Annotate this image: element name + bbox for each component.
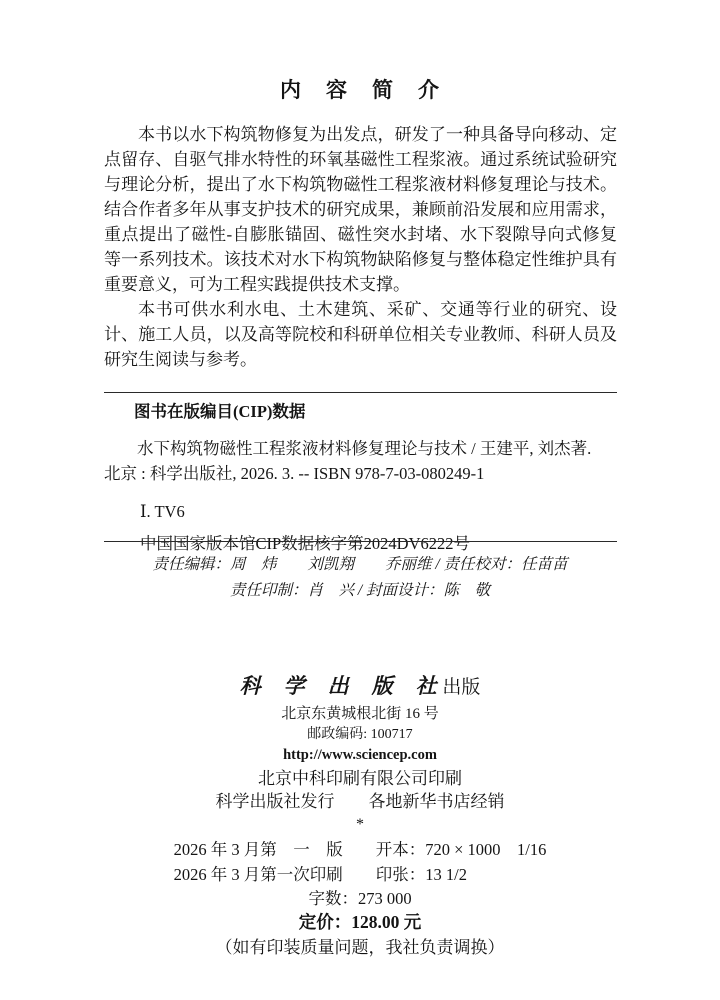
colophon: 科 学 出 版 社 出版 北京东黄城根北街 16 号 邮政编码: 100717 … bbox=[0, 670, 720, 961]
printer-line: 北京中科印刷有限公司印刷 bbox=[0, 767, 720, 790]
distribution-line: 科学出版社发行 各地新华书店经销 bbox=[0, 790, 720, 813]
price-line: 定价：128.00 元 bbox=[0, 910, 720, 935]
section-divider-star: * bbox=[0, 814, 720, 835]
book-copyright-page: 内 容 简 介 本书以水下构筑物修复为出发点，研发了一种具备导向移动、定点留存、… bbox=[0, 0, 720, 1000]
edition-line: 2026 年 3 月第 一 版 开本：720 × 1000 1/16 bbox=[174, 837, 547, 862]
quality-notice: （如有印装质量问题，我社负责调换） bbox=[0, 935, 720, 961]
press-address: 北京东黄城根北街 16 号 bbox=[0, 704, 720, 725]
intro-paragraph-2: 本书可供水利水电、土木建筑、采矿、交通等行业的研究、设计、施工人员，以及高等院校… bbox=[104, 297, 617, 372]
press-postcode: 邮政编码: 100717 bbox=[0, 725, 720, 745]
intro-paragraph-1: 本书以水下构筑物修复为出发点，研发了一种具备导向移动、定点留存、自驱气排水特性的… bbox=[104, 122, 617, 297]
word-count: 字数：273 000 bbox=[0, 887, 720, 910]
cip-publisher-line: 北京 : 科学出版社, 2026. 3. -- ISBN 978-7-03-08… bbox=[104, 461, 617, 486]
press-logo-suffix: 出版 bbox=[438, 677, 481, 698]
cip-class-code: Ⅰ. TV6 bbox=[104, 499, 617, 524]
staff-printing-line: 责任印制：肖 兴 / 封面设计：陈 敬 bbox=[0, 578, 720, 604]
cip-section: 图书在版编目(CIP)数据 水下构筑物磁性工程浆液材料修复理论与技术 / 王建平… bbox=[104, 399, 617, 556]
staff-credits: 责任编辑：周 炜 刘凯翔 乔丽维 / 责任校对：任苗苗 责任印制：肖 兴 / 封… bbox=[0, 552, 720, 604]
staff-editors-line: 责任编辑：周 炜 刘凯翔 乔丽维 / 责任校对：任苗苗 bbox=[0, 552, 720, 578]
cip-header: 图书在版编目(CIP)数据 bbox=[104, 399, 617, 424]
science-press-logo: 科 学 出 版 社 bbox=[240, 674, 438, 698]
cip-divider-bottom bbox=[104, 541, 617, 542]
intro-section: 内 容 简 介 本书以水下构筑物修复为出发点，研发了一种具备导向移动、定点留存、… bbox=[104, 74, 617, 372]
intro-title: 内 容 简 介 bbox=[104, 74, 617, 104]
cip-divider-top bbox=[104, 392, 617, 393]
edition-block: 2026 年 3 月第 一 版 开本：720 × 1000 1/16 2026 … bbox=[174, 837, 547, 887]
press-website: http://www.sciencep.com bbox=[0, 745, 720, 765]
printing-run-line: 2026 年 3 月第一次印刷 印张：13 1/2 bbox=[174, 862, 547, 887]
press-line: 科 学 出 版 社 出版 bbox=[0, 670, 720, 700]
cip-title-line: 水下构筑物磁性工程浆液材料修复理论与技术 / 王建平, 刘杰著. bbox=[104, 436, 617, 461]
